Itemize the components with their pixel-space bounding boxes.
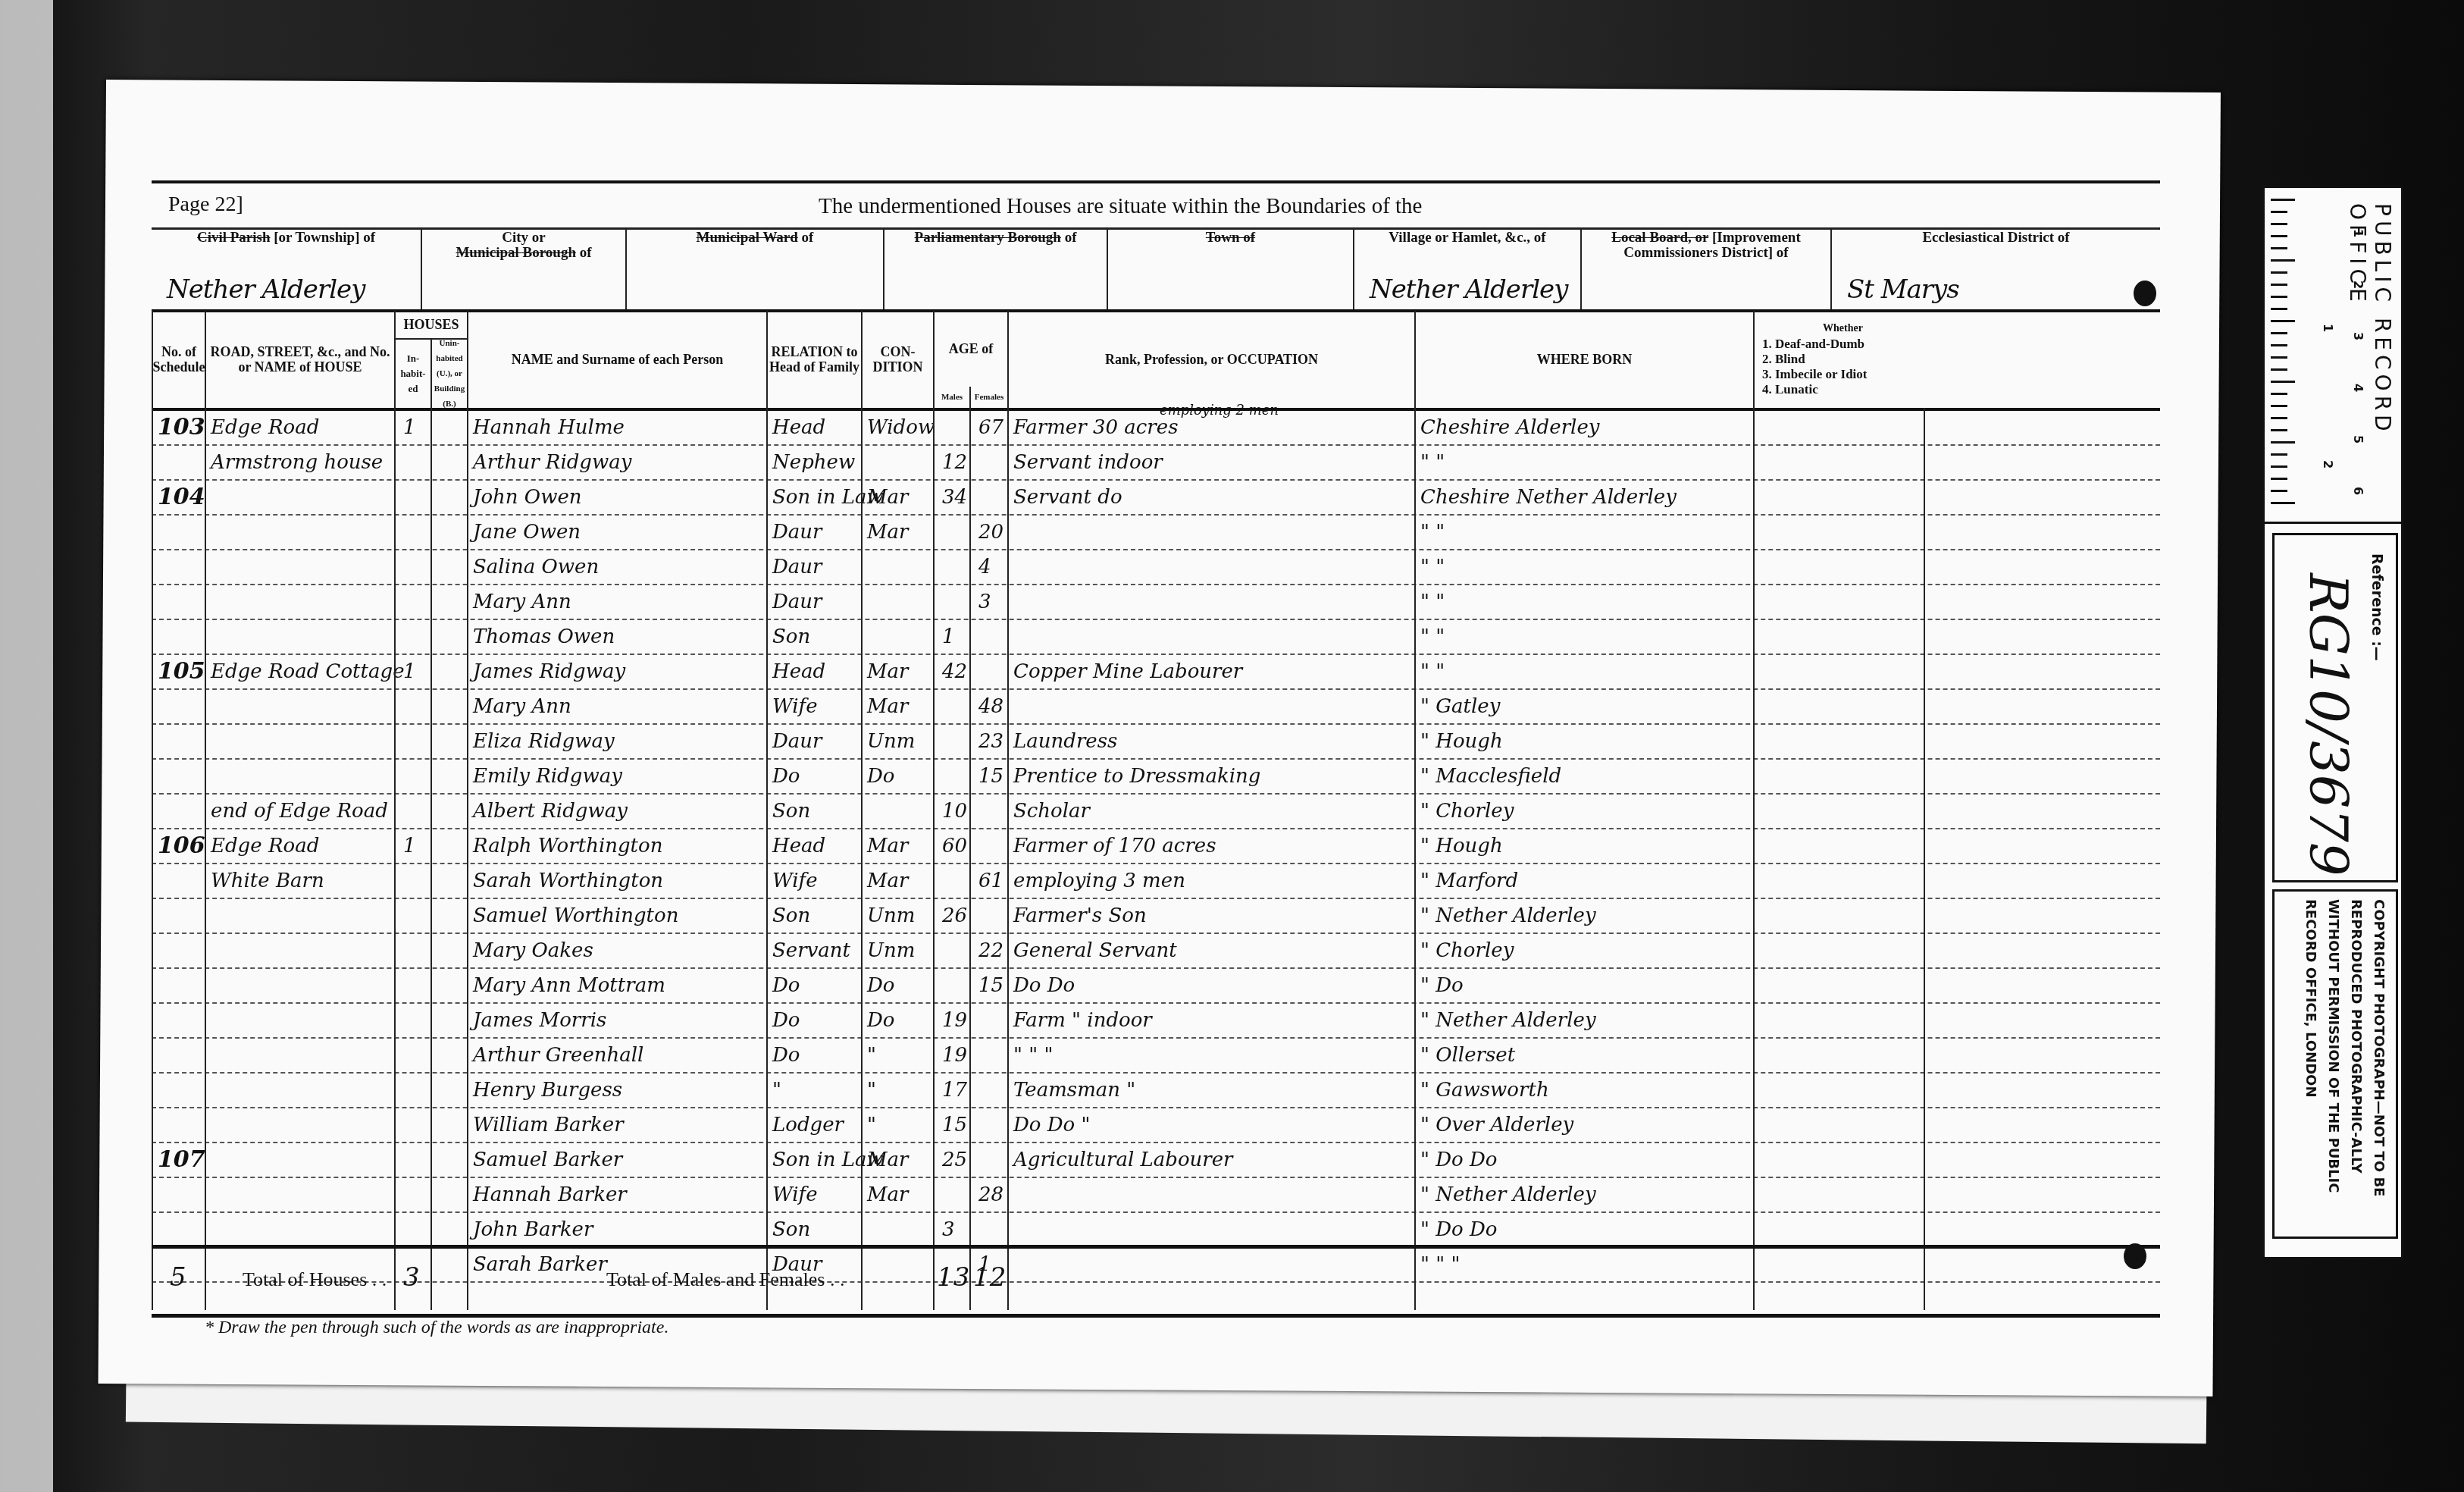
area-label: Parliamentary Borough of [891, 230, 1101, 246]
cell-schedule: 106 [158, 829, 205, 863]
column-rule [933, 408, 935, 1310]
cell-occupation: Do Do " [1013, 1108, 1091, 1142]
area-value: St Marys [1847, 274, 1959, 305]
cell-female-age: 4 [978, 550, 991, 584]
scan-edge [0, 0, 53, 1492]
ruler-tick [2271, 368, 2287, 371]
census-row: Armstrong houseArthur RidgwayNephew12Ser… [152, 446, 2160, 481]
cell-name: Hannah Barker [473, 1178, 627, 1211]
total-females: 12 [973, 1262, 1006, 1293]
area-label: Ecclesiastical District of [1838, 230, 2154, 246]
cell-occupation: Farmer 30 acres [1013, 411, 1179, 444]
census-row: Jane OwenDaurMar20" " [152, 516, 2160, 550]
cell-female-age: 20 [978, 516, 1003, 549]
census-row: 105Edge Road Cottage1James RidgwayHeadMa… [152, 655, 2160, 690]
cell-relation: Daur [772, 585, 822, 619]
census-row: Mary Ann MottramDoDo15Do Do" Do [152, 969, 2160, 1004]
cell-condition: Mar [867, 829, 909, 863]
cell-condition: Mar [867, 516, 909, 549]
ruler-tick [2271, 332, 2287, 334]
cell-name: Salina Owen [473, 550, 599, 584]
area-cell: Civil Parish [or Township] ofNether Alde… [152, 227, 421, 309]
cell-name: James Morris [473, 1004, 606, 1037]
cell-male-age: 34 [942, 481, 967, 514]
census-row: Eliza RidgwayDaurUnm23Laundress" Hough [152, 725, 2160, 760]
cell-schedule: 103 [158, 411, 205, 444]
cell-relation: " [772, 1074, 781, 1107]
area-value: Nether Alderley [167, 274, 365, 305]
cell-female-age: 61 [978, 864, 1003, 898]
cell-condition: Mar [867, 655, 909, 688]
cell-name: William Barker [473, 1108, 624, 1142]
ruler-tick [2271, 417, 2287, 419]
cell-male-age: 3 [942, 1213, 955, 1246]
copyright-text: COPYRIGHT PHOTOGRAPH—NOT TO BE REPRODUCE… [2299, 899, 2390, 1237]
cell-name: James Ridgway [473, 655, 625, 688]
cell-female-age: 22 [978, 934, 1003, 967]
col-header-females: Females [969, 387, 1007, 408]
cell-name: Samuel Barker [473, 1143, 622, 1177]
census-row: Mary AnnWifeMar48" Gatley [152, 690, 2160, 725]
infirmity-option: 3. Imbecile or Idiot [1762, 367, 1868, 382]
cell-condition: Do [867, 969, 895, 1002]
form-header: Page 22] The undermentioned Houses are s… [152, 180, 2160, 230]
column-rule [1007, 408, 1009, 1310]
ruler-inch-mark: 2 [2321, 460, 2335, 469]
area-label: Municipal Ward of [633, 230, 877, 246]
copyright-box: COPYRIGHT PHOTOGRAPH—NOT TO BE REPRODUCE… [2272, 889, 2398, 1239]
area-label-struck: Civil Parish [197, 230, 271, 246]
cell-condition: " [867, 1108, 876, 1142]
cell-occupation: Do Do [1013, 969, 1075, 1002]
cell-relation: Son [772, 795, 810, 828]
cell-occupation: Agricultural Labourer [1013, 1143, 1233, 1177]
ruler-tick [2271, 211, 2287, 213]
area-label-text: Village or Hamlet, &c., of [1389, 230, 1545, 246]
area-cell: Ecclesiastical District ofSt Marys [1830, 227, 2160, 309]
archive-title: PUBLIC RECORD OFFICE [2345, 203, 2395, 522]
infirmity-option: 2. Blind [1762, 352, 1805, 367]
cell-relation: Wife [772, 1178, 818, 1211]
area-boundaries: Civil Parish [or Township] ofNether Alde… [152, 227, 2160, 312]
census-row: Emily RidgwayDoDo15Prentice to Dressmaki… [152, 760, 2160, 795]
area-label-text: of [802, 230, 814, 246]
ruler-tick [2271, 393, 2287, 395]
cell-condition: Mar [867, 690, 909, 723]
cell-where-born: " " [1420, 655, 1445, 688]
archive-strip: PUBLIC RECORD OFFICE 12345612 Reference … [2262, 186, 2403, 1259]
cell-relation: Nephew [772, 446, 855, 479]
cell-name: Thomas Owen [473, 620, 615, 654]
reference-value: RG10/3679 [2297, 573, 2359, 876]
cell-male-age: 19 [942, 1004, 967, 1037]
cell-schedule: 105 [158, 655, 205, 688]
column-rule [430, 408, 432, 1310]
census-row: 107Samuel BarkerSon in LawMar25Agricultu… [152, 1143, 2160, 1178]
census-row: Mary AnnDaur3" " [152, 585, 2160, 620]
ruler-number: 2 [2351, 281, 2365, 289]
cell-female-age: 28 [978, 1178, 1003, 1211]
cell-relation: Wife [772, 864, 818, 898]
cell-name: Arthur Ridgway [473, 446, 631, 479]
cell-male-age: 1 [942, 620, 955, 654]
cell-female-age: 67 [978, 411, 1003, 444]
census-row: John BarkerSon3" Do Do [152, 1213, 2160, 1248]
cell-relation: Daur [772, 550, 822, 584]
ruler-tick [2271, 453, 2287, 456]
cell-name: Arthur Greenhall [473, 1039, 643, 1072]
cell-occupation: Laundress [1013, 725, 1117, 758]
cell-male-age: 25 [942, 1143, 967, 1177]
census-row: Arthur GreenhallDo"19" " "" Ollerset [152, 1039, 2160, 1074]
cell-schedule: 104 [158, 481, 205, 514]
cell-condition: Widow [867, 411, 935, 444]
cell-condition: Mar [867, 481, 909, 514]
area-label: Village or Hamlet, &c., of [1360, 230, 1574, 246]
cell-where-born: " " [1420, 585, 1445, 619]
reference-box: Reference :— RG10/3679 [2272, 533, 2398, 882]
area-label-text: of [1065, 230, 1077, 246]
area-label-text: Ecclesiastical District of [1922, 230, 2069, 246]
col-header-age: AGE of [933, 311, 1007, 387]
ruler-inch-mark: 1 [2321, 324, 2335, 332]
col-header-relation: RELATION to Head of Family [766, 311, 861, 408]
ruler-tick [2271, 284, 2287, 286]
cell-name: Mary Ann Mottram [473, 969, 665, 1002]
cell-relation: Son [772, 899, 810, 932]
cell-condition: Do [867, 1004, 895, 1037]
cell-relation: Son [772, 1213, 810, 1246]
census-row: Hannah BarkerWifeMar28" Nether Alderley [152, 1178, 2160, 1213]
cell-where-born: " " [1420, 516, 1445, 549]
cell-inhabited: 1 [403, 655, 416, 688]
cell-where-born: " Marford [1420, 864, 1518, 898]
column-rule [1753, 408, 1755, 1310]
area-label-struck: Municipal Borough [456, 245, 576, 261]
column-rule [1414, 408, 1416, 1310]
ruler-tick [2271, 259, 2295, 262]
census-row: Mary OakesServantUnm22General Servant" C… [152, 934, 2160, 969]
cell-where-born: " Gawsworth [1420, 1074, 1549, 1107]
cell-male-age: 17 [942, 1074, 967, 1107]
cell-occupation: " " " [1013, 1039, 1053, 1072]
cell-female-age: 3 [978, 585, 991, 619]
column-rule [467, 408, 468, 1310]
census-row: Henry Burgess""17Teamsman "" Gawsworth [152, 1074, 2160, 1108]
cell-name: Mary Ann [473, 585, 571, 619]
footnote: * Draw the pen through such of the words… [205, 1318, 668, 1338]
cell-name: Jane Owen [473, 516, 581, 549]
area-cell: Village or Hamlet, &c., ofNether Alderle… [1353, 227, 1580, 309]
column-rule [205, 408, 206, 1310]
ruler-number: 6 [2351, 487, 2365, 495]
area-label: Local Board, or [Improvement Commissione… [1588, 230, 1824, 261]
cell-where-born: " Nether Alderley [1420, 1178, 1596, 1211]
cell-road: White Barn [211, 864, 324, 898]
ruler-tick [2271, 405, 2287, 407]
cell-condition: Mar [867, 1143, 909, 1177]
ruler-tick [2271, 308, 2287, 310]
total-houses-label: Total of Houses . . [243, 1268, 387, 1291]
col-header-males: Males [933, 387, 969, 408]
total-schedules: 5 [170, 1262, 186, 1293]
cell-male-age: 60 [942, 829, 967, 863]
cell-occupation: Scholar [1013, 795, 1090, 828]
cell-name: Emily Ridgway [473, 760, 622, 793]
column-rule [152, 408, 153, 1310]
cell-where-born: " Hough [1420, 725, 1503, 758]
column-rule [1924, 408, 1925, 1310]
cell-where-born: " Ollerset [1420, 1039, 1515, 1072]
cell-name: Henry Burgess [473, 1074, 622, 1107]
cell-male-age: 10 [942, 795, 967, 828]
ruler-tick [2271, 381, 2295, 383]
census-row: Thomas OwenSon1" " [152, 620, 2160, 655]
cell-occupation: Servant do [1013, 481, 1122, 514]
col-header-inhabited: In-habit-ed [394, 340, 430, 408]
area-label: City orMunicipal Borough of [428, 230, 619, 261]
cell-name: John Barker [473, 1213, 593, 1246]
ruler-tick [2271, 235, 2287, 237]
cell-relation: Do [772, 1004, 800, 1037]
ruler-tick [2271, 344, 2287, 346]
area-label-line: City or [428, 230, 619, 246]
cell-occupation: employing 3 men [1013, 864, 1185, 898]
cell-relation: Head [772, 655, 825, 688]
col-header-condition: CON-DITION [861, 311, 933, 408]
col-header-where-born: WHERE BORN [1414, 311, 1753, 408]
cell-occupation: Farmer of 170 acres [1013, 829, 1216, 863]
cell-female-age: 15 [978, 760, 1003, 793]
ink-blot [2124, 1243, 2146, 1269]
area-label: Town of [1114, 230, 1347, 246]
cell-male-age: 42 [942, 655, 967, 688]
census-row: Samuel WorthingtonSonUnm26Farmer's Son" … [152, 899, 2160, 934]
cell-female-age: 48 [978, 690, 1003, 723]
cell-name: Ralph Worthington [473, 829, 662, 863]
cell-road: Edge Road [211, 829, 319, 863]
cell-relation: Son [772, 620, 810, 654]
col-header-name: NAME and Surname of each Person [467, 311, 766, 408]
col-header-occupation: Rank, Profession, or OCCUPATION [1007, 311, 1414, 408]
cell-where-born: " Nether Alderley [1420, 1004, 1596, 1037]
area-label-struck: Local Board, or [1611, 230, 1708, 246]
ruler-tick [2271, 223, 2287, 225]
ruler-tick [2271, 271, 2287, 274]
cell-relation: Do [772, 1039, 800, 1072]
cell-where-born: " Chorley [1420, 934, 1514, 967]
area-label-text: of [580, 245, 592, 261]
area-label-struck: Municipal Ward [697, 230, 798, 246]
census-row: end of Edge RoadAlbert RidgwaySon10Schol… [152, 795, 2160, 829]
cell-where-born: " Do Do [1420, 1213, 1498, 1246]
cell-road: Armstrong house [211, 446, 383, 479]
cell-where-born: Cheshire Nether Alderley [1420, 481, 1677, 514]
cell-condition: " [867, 1039, 876, 1072]
cell-where-born: " " [1420, 446, 1445, 479]
cell-where-born: " Hough [1420, 829, 1503, 863]
cell-occupation: Prentice to Dressmaking [1013, 760, 1260, 793]
cell-inhabited: 1 [403, 411, 416, 444]
cell-name: Mary Oakes [473, 934, 593, 967]
totals-row: 5Total of Houses . .3Total of Males and … [152, 1245, 2160, 1318]
cell-female-age: 15 [978, 969, 1003, 1002]
cell-occupation: Teamsman " [1013, 1074, 1135, 1107]
cell-condition: " [867, 1074, 876, 1107]
infirmity-option: 4. Lunatic [1762, 382, 1818, 397]
infirmity-title: Whether [1823, 321, 1863, 337]
census-row: James MorrisDoDo19Farm " indoor" Nether … [152, 1004, 2160, 1039]
cell-name: Sarah Worthington [473, 864, 663, 898]
cell-road: Edge Road Cottage [211, 655, 405, 688]
area-cell: City orMunicipal Borough of [421, 227, 625, 309]
ruler-tick [2271, 478, 2287, 480]
area-cell: Local Board, or [Improvement Commissione… [1580, 227, 1830, 309]
census-row: White BarnSarah WorthingtonWifeMar61empl… [152, 864, 2160, 899]
cell-condition: Unm [867, 899, 915, 932]
area-label-text: [or Township] of [274, 230, 375, 246]
ruler-tick [2271, 429, 2287, 431]
cell-relation: Wife [772, 690, 818, 723]
cell-condition: Unm [867, 934, 915, 967]
cell-name: Eliza Ridgway [473, 725, 615, 758]
cell-road: Edge Road [211, 411, 319, 444]
ruler-number: 4 [2351, 384, 2365, 392]
ruler-tick [2271, 247, 2287, 249]
area-label: Civil Parish [or Township] of [158, 230, 415, 246]
column-rule [861, 408, 863, 1310]
cell-name: Hannah Hulme [473, 411, 625, 444]
cell-relation: Head [772, 411, 825, 444]
infirmity-option: 1. Deaf-and-Dumb [1762, 337, 1864, 352]
area-cell: Parliamentary Borough of [883, 227, 1107, 309]
cell-female-age: 23 [978, 725, 1003, 758]
cell-where-born: " Gatley [1420, 690, 1500, 723]
area-value: Nether Alderley [1370, 274, 1567, 305]
cell-relation: Daur [772, 725, 822, 758]
area-label-struck: Town of [1206, 230, 1255, 246]
col-header-infirmity: Whether1. Deaf-and-Dumb2. Blind3. Imbeci… [1753, 311, 1924, 408]
area-cell: Town of [1107, 227, 1353, 309]
cell-occupation: Copper Mine Labourer [1013, 655, 1242, 688]
column-rule [969, 408, 971, 1310]
cell-male-age: 12 [942, 446, 967, 479]
cell-relation: Head [772, 829, 825, 863]
column-rule [766, 408, 768, 1310]
ruler-tick [2271, 199, 2295, 201]
cell-occupation: Farmer's Son [1013, 899, 1147, 932]
cell-male-age: 26 [942, 899, 967, 932]
ruler-tick [2271, 296, 2287, 298]
cell-where-born: " Do [1420, 969, 1464, 1002]
cell-occupation: Servant indoor [1013, 446, 1163, 479]
cell-relation: Daur [772, 516, 822, 549]
cell-where-born: Cheshire Alderley [1420, 411, 1599, 444]
cell-condition: Mar [867, 864, 909, 898]
area-label-struck: Parliamentary Borough [915, 230, 1061, 246]
scale-ruler: PUBLIC RECORD OFFICE 12345612 [2265, 188, 2401, 524]
cell-road: end of Edge Road [211, 795, 388, 828]
census-row: 106Edge Road1Ralph WorthingtonHeadMar60F… [152, 829, 2160, 864]
cell-relation: Servant [772, 934, 850, 967]
ink-blot [2134, 281, 2156, 306]
cell-name: John Owen [473, 481, 582, 514]
cell-where-born: " Chorley [1420, 795, 1514, 828]
ruler-tick [2271, 502, 2295, 504]
reference-label: Reference :— [2369, 553, 2385, 661]
cell-where-born: " Nether Alderley [1420, 899, 1596, 932]
cell-male-age: 19 [942, 1039, 967, 1072]
cell-where-born: " Do Do [1420, 1143, 1498, 1177]
cell-name: Samuel Worthington [473, 899, 678, 932]
cell-where-born: " " [1420, 620, 1445, 654]
ruler-tick [2271, 356, 2287, 359]
cell-occupation-note: employing 2 men [1160, 394, 1279, 428]
col-header-schedule: No. of Schedule [152, 311, 205, 408]
page-number: Page 22] [168, 193, 243, 217]
total-persons-label: Total of Males and Females . . [606, 1268, 844, 1291]
cell-relation: Lodger [772, 1108, 844, 1142]
area-cell: Municipal Ward of [625, 227, 883, 309]
census-rows: 103Edge Road1Hannah HulmeHeadWidow67Farm… [152, 408, 2160, 1245]
cell-name: Mary Ann [473, 690, 571, 723]
ruler-tick [2271, 320, 2295, 322]
cell-relation: Do [772, 969, 800, 1002]
cell-condition: Mar [867, 1178, 909, 1211]
cell-where-born: " " [1420, 550, 1445, 584]
census-row: William BarkerLodger"15Do Do "" Over Ald… [152, 1108, 2160, 1143]
cell-where-born: " Over Alderley [1420, 1108, 1573, 1142]
col-header-uninhabited: Unin-habited (U.), or Building (B.) [430, 340, 467, 408]
census-row: Salina OwenDaur4" " [152, 550, 2160, 585]
cell-relation: Do [772, 760, 800, 793]
cell-name: Albert Ridgway [473, 795, 628, 828]
col-header-road: ROAD, STREET, &c., and No. or NAME of HO… [205, 311, 394, 408]
cell-condition: Do [867, 760, 895, 793]
boundary-title: The undermentioned Houses are situate wi… [819, 194, 1422, 219]
ruler-tick [2271, 490, 2287, 492]
ruler-number: 3 [2351, 332, 2365, 340]
cell-schedule: 107 [158, 1143, 205, 1177]
cell-male-age: 15 [942, 1108, 967, 1142]
total-males: 13 [937, 1262, 969, 1293]
ruler-number: 5 [2351, 435, 2365, 444]
cell-inhabited: 1 [403, 829, 416, 863]
column-rule [394, 408, 396, 1310]
ruler-tick [2271, 441, 2295, 444]
total-houses-value: 3 [403, 1262, 420, 1293]
census-form: Page 22] The undermentioned Houses are s… [152, 180, 2160, 1310]
cell-occupation: Farm " indoor [1013, 1004, 1152, 1037]
ruler-number: 1 [2351, 229, 2365, 237]
census-row: 104John OwenSon in LawMar34Servant doChe… [152, 481, 2160, 516]
ruler-tick [2271, 465, 2287, 468]
cell-where-born: " Macclesfield [1420, 760, 1561, 793]
census-row: 103Edge Road1Hannah HulmeHeadWidow67Farm… [152, 411, 2160, 446]
cell-occupation: General Servant [1013, 934, 1177, 967]
cell-condition: Unm [867, 725, 915, 758]
